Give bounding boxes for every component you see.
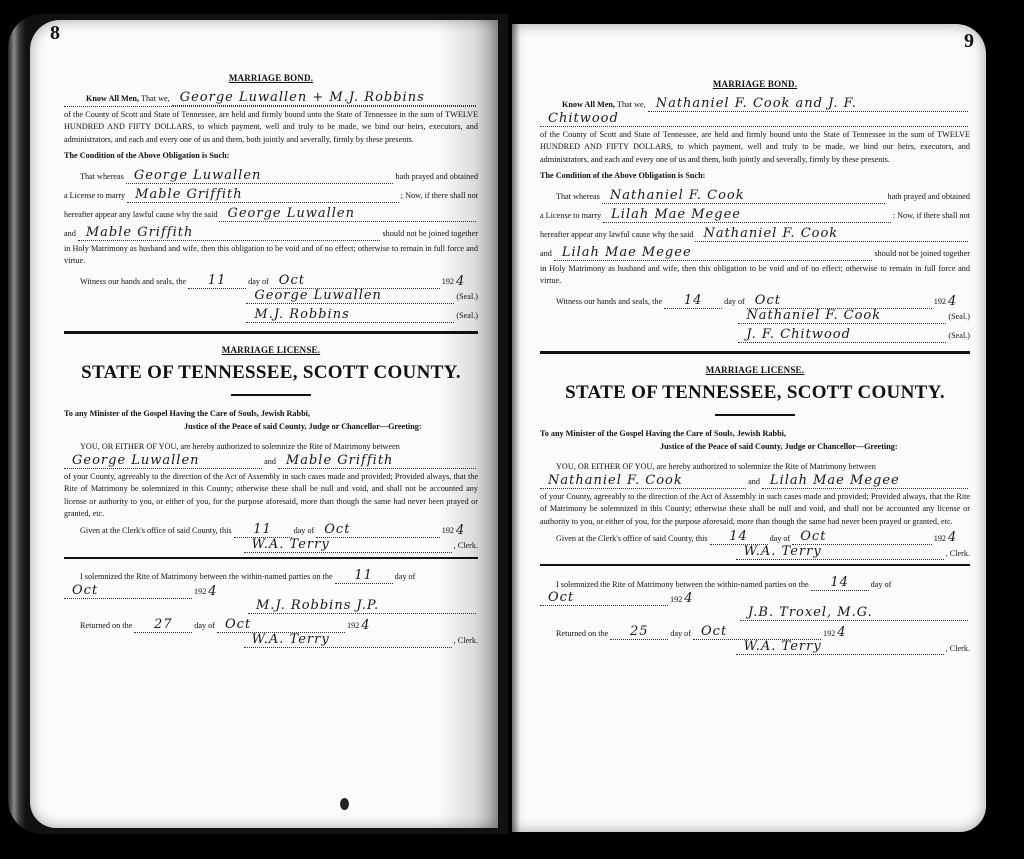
know-all-men-label: Know All Men,	[540, 99, 615, 112]
groom-repeat-field: George Luwallen	[219, 207, 476, 222]
day-of-label: day of	[294, 525, 315, 538]
title-rule	[715, 414, 795, 416]
returned-line: Returned on the 27 day of Oct 192 4	[64, 618, 478, 633]
that-whereas-line: That whereas George Luwallen hath prayed…	[64, 169, 478, 184]
given-year-digit: 4	[456, 524, 476, 538]
witness-label: Witness our hands and seals, the	[556, 296, 662, 309]
should-not-label: should not be joined together	[382, 228, 478, 241]
given-day-field: 11	[234, 523, 292, 538]
page-content: MARRIAGE BOND. Know All Men, That we, Ge…	[64, 72, 478, 648]
that-whereas-label: That whereas	[80, 171, 124, 184]
year-prefix: 192	[442, 276, 454, 289]
given-month-field: Oct	[316, 523, 439, 538]
officiant-line: J.B. Troxel, M.G.	[540, 606, 970, 621]
know-all-men-label: Know All Men,	[64, 93, 139, 106]
solemnized-month-field: Oct	[540, 591, 668, 606]
hereafter-label: hereafter appear any lawful cause why th…	[64, 209, 217, 222]
that-whereas-label: That whereas	[556, 191, 600, 204]
that-whereas-line: That whereas Nathaniel F. Cook hath pray…	[540, 189, 970, 204]
officiant-signature-field: M.J. Robbins J.P.	[248, 599, 476, 614]
groom-field: Nathaniel F. Cook	[602, 189, 886, 204]
given-line: Given at the Clerk's office of said Coun…	[540, 530, 970, 545]
solemnized-day-field: 14	[811, 576, 869, 591]
return-clerk-line: W.A. Terry , Clerk.	[540, 640, 970, 655]
condition-label: The Condition of the Above Obligation is…	[64, 150, 478, 163]
and-label: and	[64, 228, 76, 241]
greeting-line-2: Justice of the Peace of said County, Jud…	[540, 441, 970, 454]
signature-1-line: Nathaniel F. Cook (Seal.)	[540, 309, 970, 324]
year-prefix: 192	[670, 594, 682, 607]
obligors-field: George Luwallen + M.J. Robbins	[172, 91, 476, 106]
license-to-marry-label: a License to marry	[64, 190, 125, 203]
year-prefix: 192	[823, 628, 835, 641]
witness-year-digit: 4	[948, 295, 968, 309]
solemnized-label: I solemnized the Rite of Matrimony betwe…	[80, 571, 333, 584]
party-2-field: Lilah Mae Megee	[762, 474, 968, 489]
solemnized-line: I solemnized the Rite of Matrimony betwe…	[540, 576, 970, 591]
returned-year-digit: 4	[837, 626, 857, 640]
witness-month-field: Oct	[271, 274, 440, 289]
returned-month-field: Oct	[693, 625, 821, 640]
license-to-marry-line: a License to marry Mable Griffith ; Now,…	[64, 188, 478, 203]
hath-prayed-label: hath prayed and obtained	[887, 191, 970, 204]
signature-2-field: J. F. Chitwood	[738, 328, 946, 343]
solemnized-month-field: Oct	[64, 584, 192, 599]
bride-repeat-field: Mable Griffith	[78, 226, 381, 241]
obligors-line-2	[64, 106, 478, 107]
day-of-label: day of	[248, 276, 269, 289]
bond-body-text: of the County of Scott and State of Tenn…	[540, 129, 970, 167]
witness-label: Witness our hands and seals, the	[80, 276, 186, 289]
license-heading: MARRIAGE LICENSE.	[64, 344, 478, 357]
day-of-label: day of	[395, 571, 416, 584]
solemnized-line: I solemnized the Rite of Matrimony betwe…	[64, 569, 478, 584]
license-title: STATE OF TENNESSEE, SCOTT COUNTY.	[540, 382, 970, 404]
groom-repeat-field: Nathaniel F. Cook	[695, 227, 968, 242]
returned-day-field: 27	[134, 618, 192, 633]
authorized-text: YOU, OR EITHER OF YOU, are hereby author…	[64, 441, 478, 454]
groom-field: George Luwallen	[126, 169, 394, 184]
witness-line: Witness our hands and seals, the 11 day …	[64, 274, 478, 289]
obligors-field-2: Chitwood	[540, 112, 968, 127]
clerk-signature-field: W.A. Terry	[244, 538, 452, 553]
parties-line: Nathaniel F. Cook and Lilah Mae Megee	[540, 474, 970, 489]
witness-line: Witness our hands and seals, the 14 day …	[540, 294, 970, 309]
day-of-label: day of	[724, 296, 745, 309]
returned-year-digit: 4	[361, 619, 381, 633]
obligors-line: Know All Men, That we, George Luwallen +…	[64, 91, 478, 106]
and-bride-line: and Mable Griffith should not be joined …	[64, 226, 478, 241]
year-prefix: 192	[934, 296, 946, 309]
signature-2-line: J. F. Chitwood (Seal.)	[540, 328, 970, 343]
and-label: and	[540, 248, 552, 261]
should-not-label: should not be joined together	[874, 248, 970, 261]
page-8: 8 MARRIAGE BOND. Know All Men, That we, …	[30, 20, 498, 828]
license-to-marry-label: a License to marry	[540, 210, 601, 223]
ink-blot	[340, 798, 349, 810]
solemnized-year-digit: 4	[208, 585, 228, 599]
county-text: of your County, agreeably to the directi…	[64, 471, 478, 521]
year-prefix: 192	[347, 620, 359, 633]
and-bride-line: and Lilah Mae Megee should not be joined…	[540, 246, 970, 261]
license-title: STATE OF TENNESSEE, SCOTT COUNTY.	[64, 362, 478, 384]
witness-day-field: 14	[664, 294, 722, 309]
license-heading: MARRIAGE LICENSE.	[540, 364, 970, 377]
page-number: 9	[964, 30, 974, 53]
return-section: I solemnized the Rite of Matrimony betwe…	[540, 576, 970, 655]
witness-day-field: 11	[188, 274, 246, 289]
year-prefix: 192	[194, 586, 206, 599]
solemnized-label: I solemnized the Rite of Matrimony betwe…	[556, 579, 809, 592]
day-of-label: day of	[194, 620, 215, 633]
signature-1-field: George Luwallen	[246, 289, 454, 304]
hereafter-label: hereafter appear any lawful cause why th…	[540, 229, 693, 242]
returned-label: Returned on the	[80, 620, 132, 633]
party-1-field: George Luwallen	[64, 454, 262, 469]
given-day-field: 14	[710, 530, 768, 545]
page-content: MARRIAGE BOND. Know All Men, That we, Na…	[540, 78, 970, 655]
county-text: of your County, agreeably to the directi…	[540, 491, 970, 529]
signature-1-field: Nathaniel F. Cook	[738, 309, 946, 324]
obligors-field-2	[64, 106, 476, 107]
solemnized-month-line: Oct 192 4	[64, 584, 478, 599]
given-label: Given at the Clerk's office of said Coun…	[556, 533, 708, 546]
clerk-label: , Clerk.	[454, 540, 478, 553]
void-text: in Holy Matrimony as husband and wife, t…	[540, 263, 970, 288]
given-month-field: Oct	[792, 530, 931, 545]
bride-field: Lilah Mae Megee	[603, 208, 891, 223]
and-label: and	[264, 456, 276, 469]
day-of-label: day of	[871, 579, 892, 592]
that-we-label: That we,	[141, 93, 170, 106]
marriage-bond-section: MARRIAGE BOND. Know All Men, That we, Ge…	[64, 72, 478, 323]
parties-line: George Luwallen and Mable Griffith	[64, 454, 478, 469]
given-line: Given at the Clerk's office of said Coun…	[64, 523, 478, 538]
seal-label: (Seal.)	[948, 330, 970, 343]
bride-repeat-field: Lilah Mae Megee	[554, 246, 873, 261]
clerk-line: W.A. Terry , Clerk.	[64, 538, 478, 553]
marriage-license-section: MARRIAGE LICENSE. STATE OF TENNESSEE, SC…	[64, 344, 478, 553]
officiant-line: M.J. Robbins J.P.	[64, 599, 478, 614]
clerk-line: W.A. Terry , Clerk.	[540, 545, 970, 560]
hath-prayed-label: hath prayed and obtained	[395, 171, 478, 184]
bond-body-text: of the County of Scott and State of Tenn…	[64, 109, 478, 147]
party-2-field: Mable Griffith	[278, 454, 476, 469]
bond-heading: MARRIAGE BOND.	[64, 72, 478, 85]
obligors-field: Nathaniel F. Cook and J. F.	[648, 97, 968, 112]
condition-label: The Condition of the Above Obligation is…	[540, 170, 970, 183]
return-clerk-line: W.A. Terry , Clerk.	[64, 633, 478, 648]
void-text: in Holy Matrimony as husband and wife, t…	[64, 243, 478, 268]
return-section: I solemnized the Rite of Matrimony betwe…	[64, 569, 478, 648]
witness-month-field: Oct	[747, 294, 932, 309]
now-if-label: ; Now, if there shall not	[401, 190, 478, 203]
obligors-line: Know All Men, That we, Nathaniel F. Cook…	[540, 97, 970, 112]
title-rule	[231, 394, 311, 396]
obligors-line-2: Chitwood	[540, 112, 970, 127]
given-year-digit: 4	[948, 531, 968, 545]
signature-1-line: George Luwallen (Seal.)	[64, 289, 478, 304]
party-1-field: Nathaniel F. Cook	[540, 474, 746, 489]
return-clerk-signature-field: W.A. Terry	[244, 633, 452, 648]
page-9: 9 MARRIAGE BOND. Know All Men, That we, …	[512, 24, 986, 832]
clerk-label: , Clerk.	[946, 643, 970, 656]
day-of-label: day of	[670, 628, 691, 641]
greeting-line-2: Justice of the Peace of said County, Jud…	[64, 421, 478, 434]
that-we-label: That we,	[617, 99, 646, 112]
bride-field: Mable Griffith	[127, 188, 399, 203]
authorized-text: YOU, OR EITHER OF YOU, are hereby author…	[540, 461, 970, 474]
license-to-marry-line: a License to marry Lilah Mae Megee : Now…	[540, 208, 970, 223]
solemnized-year-digit: 4	[684, 592, 704, 606]
seal-label: (Seal.)	[456, 291, 478, 304]
clerk-label: , Clerk.	[454, 635, 478, 648]
given-label: Given at the Clerk's office of said Coun…	[80, 525, 232, 538]
page-number: 8	[50, 22, 60, 45]
returned-month-field: Oct	[217, 618, 345, 633]
solemnized-month-line: Oct 192 4	[540, 591, 970, 606]
hereafter-line: hereafter appear any lawful cause why th…	[540, 227, 970, 242]
officiant-signature-field: J.B. Troxel, M.G.	[740, 606, 968, 621]
returned-line: Returned on the 25 day of Oct 192 4	[540, 625, 970, 640]
return-clerk-signature-field: W.A. Terry	[736, 640, 944, 655]
seal-label: (Seal.)	[948, 311, 970, 324]
section-divider	[540, 351, 970, 354]
section-divider	[64, 557, 478, 559]
greeting-line-1: To any Minister of the Gospel Having the…	[540, 428, 970, 441]
year-prefix: 192	[934, 533, 946, 546]
section-divider	[540, 564, 970, 566]
solemnized-day-field: 11	[335, 569, 393, 584]
marriage-license-section: MARRIAGE LICENSE. STATE OF TENNESSEE, SC…	[540, 364, 970, 561]
marriage-bond-section: MARRIAGE BOND. Know All Men, That we, Na…	[540, 78, 970, 343]
now-if-label: : Now, if there shall not	[893, 210, 970, 223]
clerk-label: , Clerk.	[946, 548, 970, 561]
returned-day-field: 25	[610, 625, 668, 640]
section-divider	[64, 331, 478, 334]
bond-heading: MARRIAGE BOND.	[540, 78, 970, 91]
greeting-line-1: To any Minister of the Gospel Having the…	[64, 408, 478, 421]
hereafter-line: hereafter appear any lawful cause why th…	[64, 207, 478, 222]
year-prefix: 192	[442, 525, 454, 538]
signature-2-field: M.J. Robbins	[246, 308, 454, 323]
and-label: and	[748, 476, 760, 489]
seal-label: (Seal.)	[456, 310, 478, 323]
returned-label: Returned on the	[556, 628, 608, 641]
clerk-signature-field: W.A. Terry	[736, 545, 944, 560]
witness-year-digit: 4	[456, 275, 476, 289]
signature-2-line: M.J. Robbins (Seal.)	[64, 308, 478, 323]
